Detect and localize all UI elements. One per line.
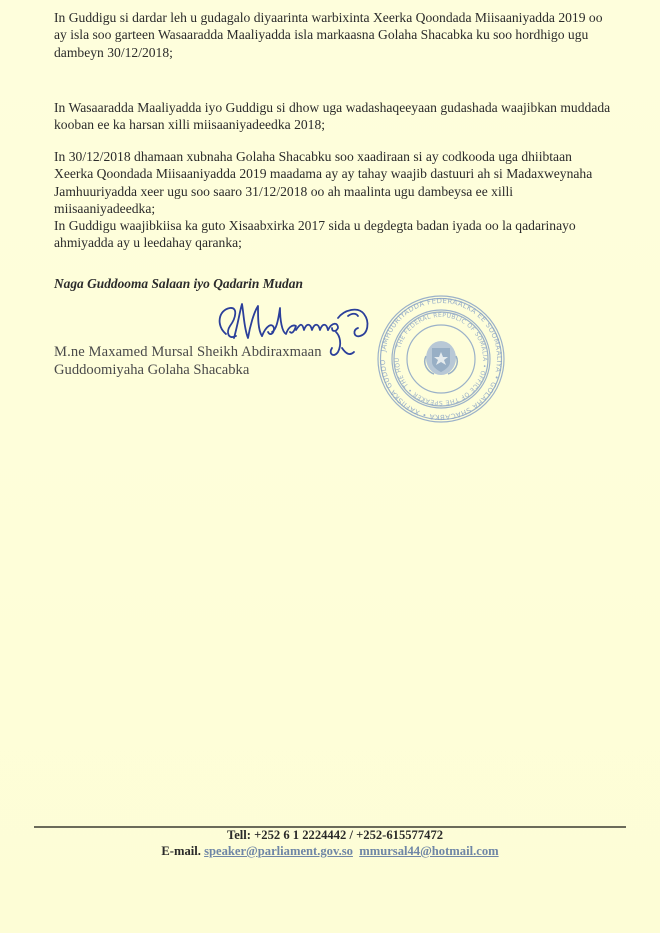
paragraph-4: In Guddigu waajibkiisa ka guto Xisaabxir… bbox=[54, 217, 614, 252]
footer-telephone: Tell: +252 6 1 2224442 / +252-615577472 bbox=[0, 828, 660, 843]
official-seal-icon: JAMHUURIYADDA FEDERAALKA EE SOOMAALIYA •… bbox=[376, 294, 506, 424]
paragraph-1: In Guddigu si dardar leh u gudagalo diya… bbox=[54, 9, 614, 61]
footer-email-line: E-mail. speaker@parliament.gov.so mmursa… bbox=[0, 844, 660, 859]
email-label: E-mail. bbox=[161, 844, 201, 858]
email-link-speaker[interactable]: speaker@parliament.gov.so bbox=[204, 844, 353, 858]
document-page: In Guddigu si dardar leh u gudagalo diya… bbox=[0, 0, 660, 933]
paragraph-3: In 30/12/2018 dhamaan xubnaha Golaha Sha… bbox=[54, 148, 614, 218]
emblem-icon bbox=[425, 341, 458, 375]
closing-salutation: Naga Guddooma Salaan iyo Qadarin Mudan bbox=[54, 276, 303, 292]
email-link-mmursal[interactable]: mmursal44@hotmail.com bbox=[359, 844, 498, 858]
handwritten-signature-icon bbox=[208, 296, 383, 366]
paragraph-2: In Wasaaradda Maaliyadda iyo Guddigu si … bbox=[54, 99, 614, 134]
